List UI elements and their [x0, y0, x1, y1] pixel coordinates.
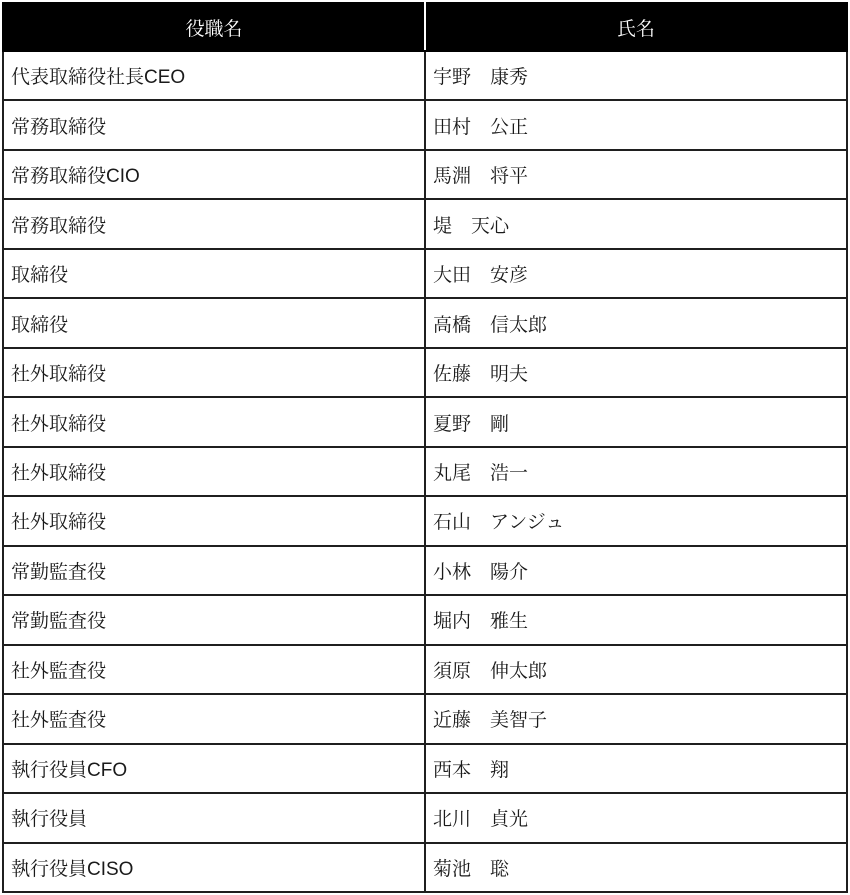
name-cell: 菊池 聡 [425, 843, 847, 893]
position-cell: 社外取締役 [3, 348, 425, 397]
table-row: 社外取締役石山 アンジュ [3, 496, 847, 545]
table-row: 執行役員CFO西本 翔 [3, 744, 847, 793]
table-row: 社外監査役須原 伸太郎 [3, 645, 847, 694]
name-cell: 須原 伸太郎 [425, 645, 847, 694]
name-cell: 田村 公正 [425, 100, 847, 149]
position-cell: 社外取締役 [3, 496, 425, 545]
position-cell: 常務取締役CIO [3, 150, 425, 199]
table-header-row: 役職名 氏名 [3, 3, 847, 51]
position-cell: 執行役員 [3, 793, 425, 842]
name-cell: 高橋 信太郎 [425, 298, 847, 347]
table-row: 執行役員北川 貞光 [3, 793, 847, 842]
name-cell: 夏野 剛 [425, 397, 847, 446]
table-row: 常務取締役田村 公正 [3, 100, 847, 149]
position-cell: 社外取締役 [3, 447, 425, 496]
position-cell: 常務取締役 [3, 100, 425, 149]
table-body: 代表取締役社長CEO宇野 康秀常務取締役田村 公正常務取締役CIO馬淵 将平常務… [3, 51, 847, 892]
table-row: 社外監査役近藤 美智子 [3, 694, 847, 743]
position-cell: 取締役 [3, 249, 425, 298]
officers-table: 役職名 氏名 代表取締役社長CEO宇野 康秀常務取締役田村 公正常務取締役CIO… [2, 2, 848, 893]
table-row: 常勤監査役堀内 雅生 [3, 595, 847, 644]
table-row: 取締役大田 安彦 [3, 249, 847, 298]
name-cell: 石山 アンジュ [425, 496, 847, 545]
position-cell: 執行役員CFO [3, 744, 425, 793]
name-cell: 丸尾 浩一 [425, 447, 847, 496]
table-row: 常務取締役堤 天心 [3, 199, 847, 248]
table-row: 常務取締役CIO馬淵 将平 [3, 150, 847, 199]
name-cell: 西本 翔 [425, 744, 847, 793]
position-cell: 常勤監査役 [3, 546, 425, 595]
name-cell: 小林 陽介 [425, 546, 847, 595]
table-row: 社外取締役丸尾 浩一 [3, 447, 847, 496]
table-row: 社外取締役佐藤 明夫 [3, 348, 847, 397]
name-cell: 堤 天心 [425, 199, 847, 248]
column-header-name: 氏名 [425, 3, 847, 51]
name-cell: 近藤 美智子 [425, 694, 847, 743]
position-cell: 常務取締役 [3, 199, 425, 248]
table-row: 代表取締役社長CEO宇野 康秀 [3, 51, 847, 100]
position-cell: 執行役員CISO [3, 843, 425, 893]
name-cell: 大田 安彦 [425, 249, 847, 298]
name-cell: 堀内 雅生 [425, 595, 847, 644]
name-cell: 宇野 康秀 [425, 51, 847, 100]
name-cell: 北川 貞光 [425, 793, 847, 842]
column-header-position: 役職名 [3, 3, 425, 51]
position-cell: 社外監査役 [3, 694, 425, 743]
position-cell: 代表取締役社長CEO [3, 51, 425, 100]
table-row: 執行役員CISO菊池 聡 [3, 843, 847, 893]
position-cell: 取締役 [3, 298, 425, 347]
name-cell: 馬淵 将平 [425, 150, 847, 199]
position-cell: 常勤監査役 [3, 595, 425, 644]
table-row: 常勤監査役小林 陽介 [3, 546, 847, 595]
table-row: 取締役高橋 信太郎 [3, 298, 847, 347]
name-cell: 佐藤 明夫 [425, 348, 847, 397]
table-row: 社外取締役夏野 剛 [3, 397, 847, 446]
position-cell: 社外取締役 [3, 397, 425, 446]
position-cell: 社外監査役 [3, 645, 425, 694]
